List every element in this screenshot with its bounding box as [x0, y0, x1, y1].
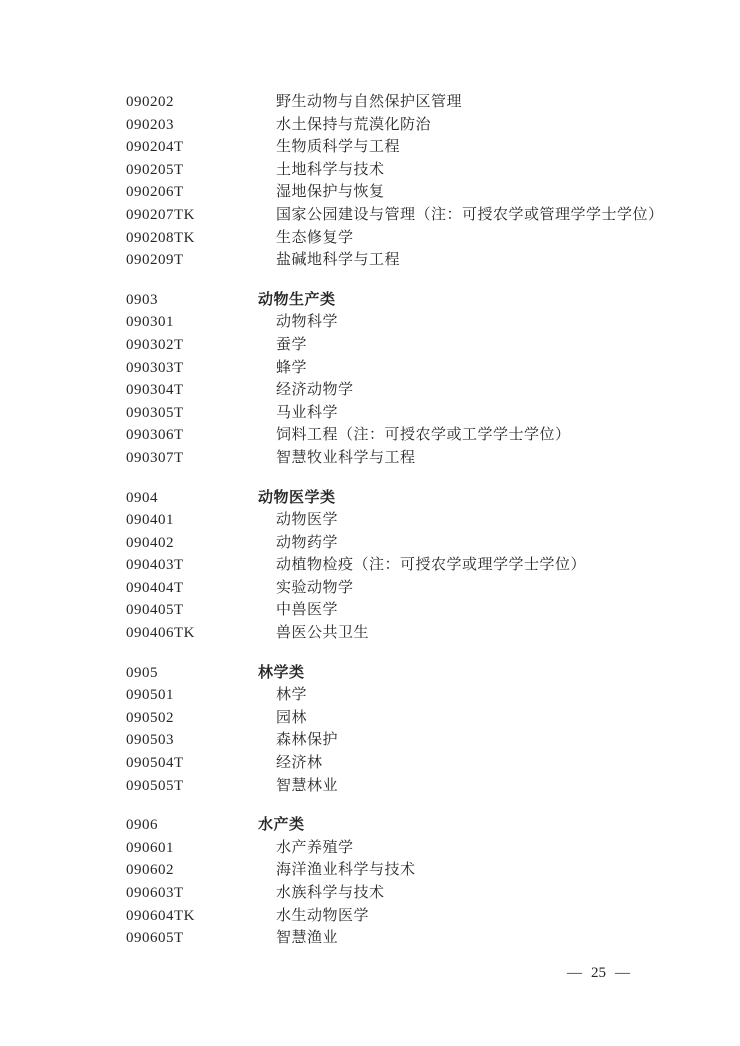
- major-code: 090404T: [126, 577, 258, 600]
- major-name: 水族科学与技术: [258, 882, 385, 905]
- major-code: 090207TK: [126, 204, 258, 227]
- major-row: 090604TK水生动物医学: [126, 905, 740, 928]
- category-header-row: 0905林学类: [126, 662, 740, 685]
- major-row: 090406TK兽医公共卫生: [126, 622, 740, 645]
- major-code: 090306T: [126, 424, 258, 447]
- major-name: 园林: [258, 707, 307, 730]
- major-category-section: 0905林学类090501林学090502园林090503森林保护090504T…: [126, 662, 740, 798]
- major-row: 090206T湿地保护与恢复: [126, 181, 740, 204]
- major-row: 090303T蜂学: [126, 357, 740, 380]
- category-name: 动物生产类: [258, 289, 336, 312]
- footer-dash-right: —: [615, 963, 630, 983]
- major-catalog-list: 090202野生动物与自然保护区管理090203水土保持与荒漠化防治090204…: [0, 0, 740, 950]
- major-name: 兽医公共卫生: [258, 622, 369, 645]
- category-header-row: 0904动物医学类: [126, 487, 740, 510]
- major-name: 水土保持与荒漠化防治: [258, 114, 431, 137]
- major-code: 090505T: [126, 775, 258, 798]
- major-name: 蚕学: [258, 334, 307, 357]
- major-name: 动物科学: [258, 311, 338, 334]
- major-category-section: 0906水产类090601水产养殖学090602海洋渔业科学与技术090603T…: [126, 814, 740, 950]
- major-code: 090304T: [126, 379, 258, 402]
- major-name: 中兽医学: [258, 599, 338, 622]
- major-name: 智慧渔业: [258, 927, 338, 950]
- major-row: 090501林学: [126, 684, 740, 707]
- major-row: 090301动物科学: [126, 311, 740, 334]
- major-row: 090306T饲料工程（注：可授农学或工学学士学位）: [126, 424, 740, 447]
- major-code: 090205T: [126, 159, 258, 182]
- major-name: 盐碱地科学与工程: [258, 249, 400, 272]
- major-row: 090302T蚕学: [126, 334, 740, 357]
- major-name: 动物医学: [258, 509, 338, 532]
- major-category-section: 0903动物生产类090301动物科学090302T蚕学090303T蜂学090…: [126, 289, 740, 470]
- major-row: 090205T土地科学与技术: [126, 159, 740, 182]
- major-code: 090208TK: [126, 227, 258, 250]
- major-row: 090505T智慧林业: [126, 775, 740, 798]
- major-code: 090203: [126, 114, 258, 137]
- major-code: 090403T: [126, 554, 258, 577]
- major-code: 090209T: [126, 249, 258, 272]
- major-name: 马业科学: [258, 402, 338, 425]
- major-name: 林学: [258, 684, 307, 707]
- major-name: 经济林: [258, 752, 323, 775]
- major-row: 090602海洋渔业科学与技术: [126, 859, 740, 882]
- major-code: 090303T: [126, 357, 258, 380]
- category-code: 0903: [126, 289, 258, 312]
- major-row: 090403T动植物检疫（注：可授农学或理学学士学位）: [126, 554, 740, 577]
- major-row: 090401动物医学: [126, 509, 740, 532]
- major-name: 实验动物学: [258, 577, 354, 600]
- major-code: 090504T: [126, 752, 258, 775]
- major-code: 090402: [126, 532, 258, 555]
- major-code: 090305T: [126, 402, 258, 425]
- major-name: 生物质科学与工程: [258, 136, 400, 159]
- major-row: 090203水土保持与荒漠化防治: [126, 114, 740, 137]
- major-row: 090601水产养殖学: [126, 837, 740, 860]
- major-row: 090502园林: [126, 707, 740, 730]
- major-name: 野生动物与自然保护区管理: [258, 91, 462, 114]
- major-row: 090405T中兽医学: [126, 599, 740, 622]
- major-name: 生态修复学: [258, 227, 354, 250]
- major-name: 海洋渔业科学与技术: [258, 859, 416, 882]
- category-code: 0906: [126, 814, 258, 837]
- major-code: 090301: [126, 311, 258, 334]
- major-name: 动植物检疫（注：可授农学或理学学士学位）: [258, 554, 586, 577]
- footer-dash-left: —: [567, 963, 582, 983]
- major-row: 090402动物药学: [126, 532, 740, 555]
- major-code: 090401: [126, 509, 258, 532]
- major-code: 090204T: [126, 136, 258, 159]
- category-header-row: 0906水产类: [126, 814, 740, 837]
- major-code: 090302T: [126, 334, 258, 357]
- category-name: 动物医学类: [258, 487, 336, 510]
- category-code: 0904: [126, 487, 258, 510]
- major-code: 090206T: [126, 181, 258, 204]
- major-name: 土地科学与技术: [258, 159, 385, 182]
- major-row: 090503森林保护: [126, 729, 740, 752]
- major-row: 090404T实验动物学: [126, 577, 740, 600]
- category-name: 水产类: [258, 814, 305, 837]
- major-code: 090502: [126, 707, 258, 730]
- major-code: 090604TK: [126, 905, 258, 928]
- major-name: 动物药学: [258, 532, 338, 555]
- major-category-section: 0904动物医学类090401动物医学090402动物药学090403T动植物检…: [126, 487, 740, 645]
- major-code: 090501: [126, 684, 258, 707]
- major-category-section: 090202野生动物与自然保护区管理090203水土保持与荒漠化防治090204…: [126, 91, 740, 272]
- major-row: 090307T智慧牧业科学与工程: [126, 447, 740, 470]
- major-name: 饲料工程（注：可授农学或工学学士学位）: [258, 424, 571, 447]
- major-row: 090605T智慧渔业: [126, 927, 740, 950]
- major-row: 090504T经济林: [126, 752, 740, 775]
- major-code: 090503: [126, 729, 258, 752]
- category-name: 林学类: [258, 662, 305, 685]
- major-row: 090204T生物质科学与工程: [126, 136, 740, 159]
- document-page: 090202野生动物与自然保护区管理090203水土保持与荒漠化防治090204…: [0, 0, 740, 1046]
- category-code: 0905: [126, 662, 258, 685]
- major-row: 090202野生动物与自然保护区管理: [126, 91, 740, 114]
- major-name: 水生动物医学: [258, 905, 369, 928]
- major-name: 湿地保护与恢复: [258, 181, 385, 204]
- major-row: 090603T水族科学与技术: [126, 882, 740, 905]
- major-code: 090406TK: [126, 622, 258, 645]
- major-name: 国家公园建设与管理（注：可授农学或管理学学士学位）: [258, 204, 664, 227]
- major-row: 090207TK国家公园建设与管理（注：可授农学或管理学学士学位）: [126, 204, 740, 227]
- major-name: 经济动物学: [258, 379, 354, 402]
- major-row: 090209T盐碱地科学与工程: [126, 249, 740, 272]
- major-name: 蜂学: [258, 357, 307, 380]
- major-code: 090405T: [126, 599, 258, 622]
- major-code: 090601: [126, 837, 258, 860]
- major-row: 090208TK生态修复学: [126, 227, 740, 250]
- major-name: 智慧牧业科学与工程: [258, 447, 416, 470]
- major-code: 090202: [126, 91, 258, 114]
- major-row: 090304T经济动物学: [126, 379, 740, 402]
- major-name: 水产养殖学: [258, 837, 354, 860]
- page-footer: — 25 —: [567, 963, 630, 983]
- major-name: 智慧林业: [258, 775, 338, 798]
- major-code: 090307T: [126, 447, 258, 470]
- page-number: 25: [591, 963, 606, 983]
- major-code: 090602: [126, 859, 258, 882]
- major-row: 090305T马业科学: [126, 402, 740, 425]
- category-header-row: 0903动物生产类: [126, 289, 740, 312]
- major-code: 090603T: [126, 882, 258, 905]
- major-code: 090605T: [126, 927, 258, 950]
- major-name: 森林保护: [258, 729, 338, 752]
